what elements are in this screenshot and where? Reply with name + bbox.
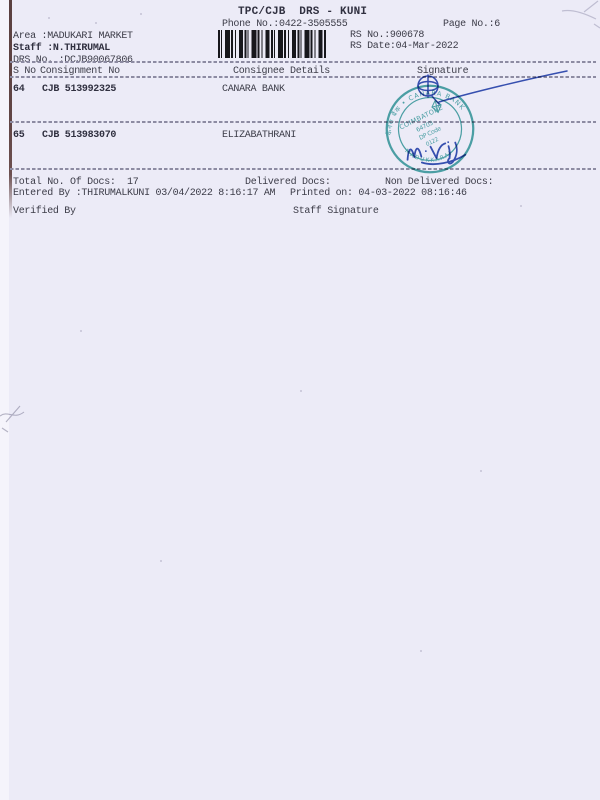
separator-line: [10, 168, 596, 170]
phone-number: Phone No.:0422-3505555: [222, 19, 347, 30]
row-sno: 64: [13, 84, 24, 95]
page-number: Page No.:6: [443, 19, 500, 30]
noise-speck: [140, 13, 142, 15]
total-docs-label: Total No. Of Docs:: [13, 177, 116, 188]
rs-date-field: RS Date:04-Mar-2022: [350, 41, 458, 52]
scan-scribble-artifact: [0, 398, 34, 434]
printed-on-field: Printed on: 04-03-2022 08:16:46: [290, 188, 467, 199]
area-field: Area :MADUKARI MARKET: [13, 31, 133, 42]
noise-speck: [95, 22, 97, 24]
margin-rule-line: [9, 0, 12, 218]
doodle-tail: [431, 95, 439, 104]
handwritten-signature: [402, 132, 477, 172]
staff-field: Staff :N.THIRUMAL: [13, 43, 110, 54]
row-consignee: ELIZABATHRANI: [222, 130, 296, 141]
delivered-docs-label: Delivered Docs:: [245, 177, 331, 188]
barcode: [218, 30, 327, 58]
scan-corner-artifact: [550, 0, 600, 30]
pen-long-stroke: [439, 71, 567, 102]
noise-speck: [80, 330, 82, 332]
noise-speck: [160, 560, 162, 562]
pen-doodle-and-stroke: [413, 64, 575, 110]
noise-speck: [48, 17, 50, 19]
verified-by-label: Verified By: [13, 206, 76, 217]
total-docs-value: 17: [127, 177, 138, 188]
staff-signature-label: Staff Signature: [293, 206, 379, 217]
row-consignment-no: CJB 513983070: [42, 130, 116, 141]
document-title: TPC/CJB DRS - KUNI: [238, 7, 367, 18]
row-consignment-no: CJB 513992325: [42, 84, 116, 95]
row-sno: 65: [13, 130, 24, 141]
entered-by-field: Entered By :THIRUMALKUNI 03/04/2022 8:16…: [13, 188, 275, 199]
noise-speck: [480, 470, 482, 472]
separator-line: [10, 61, 596, 63]
noise-speck: [300, 390, 302, 392]
scanned-delivery-run-sheet: TPC/CJB DRS - KUNI Phone No.:0422-350555…: [0, 0, 600, 800]
separator-line: [10, 121, 596, 123]
rs-number-field: RS No.:900678: [350, 30, 424, 41]
noise-speck: [420, 650, 422, 652]
row-consignee: CANARA BANK: [222, 84, 285, 95]
noise-speck: [520, 205, 522, 207]
